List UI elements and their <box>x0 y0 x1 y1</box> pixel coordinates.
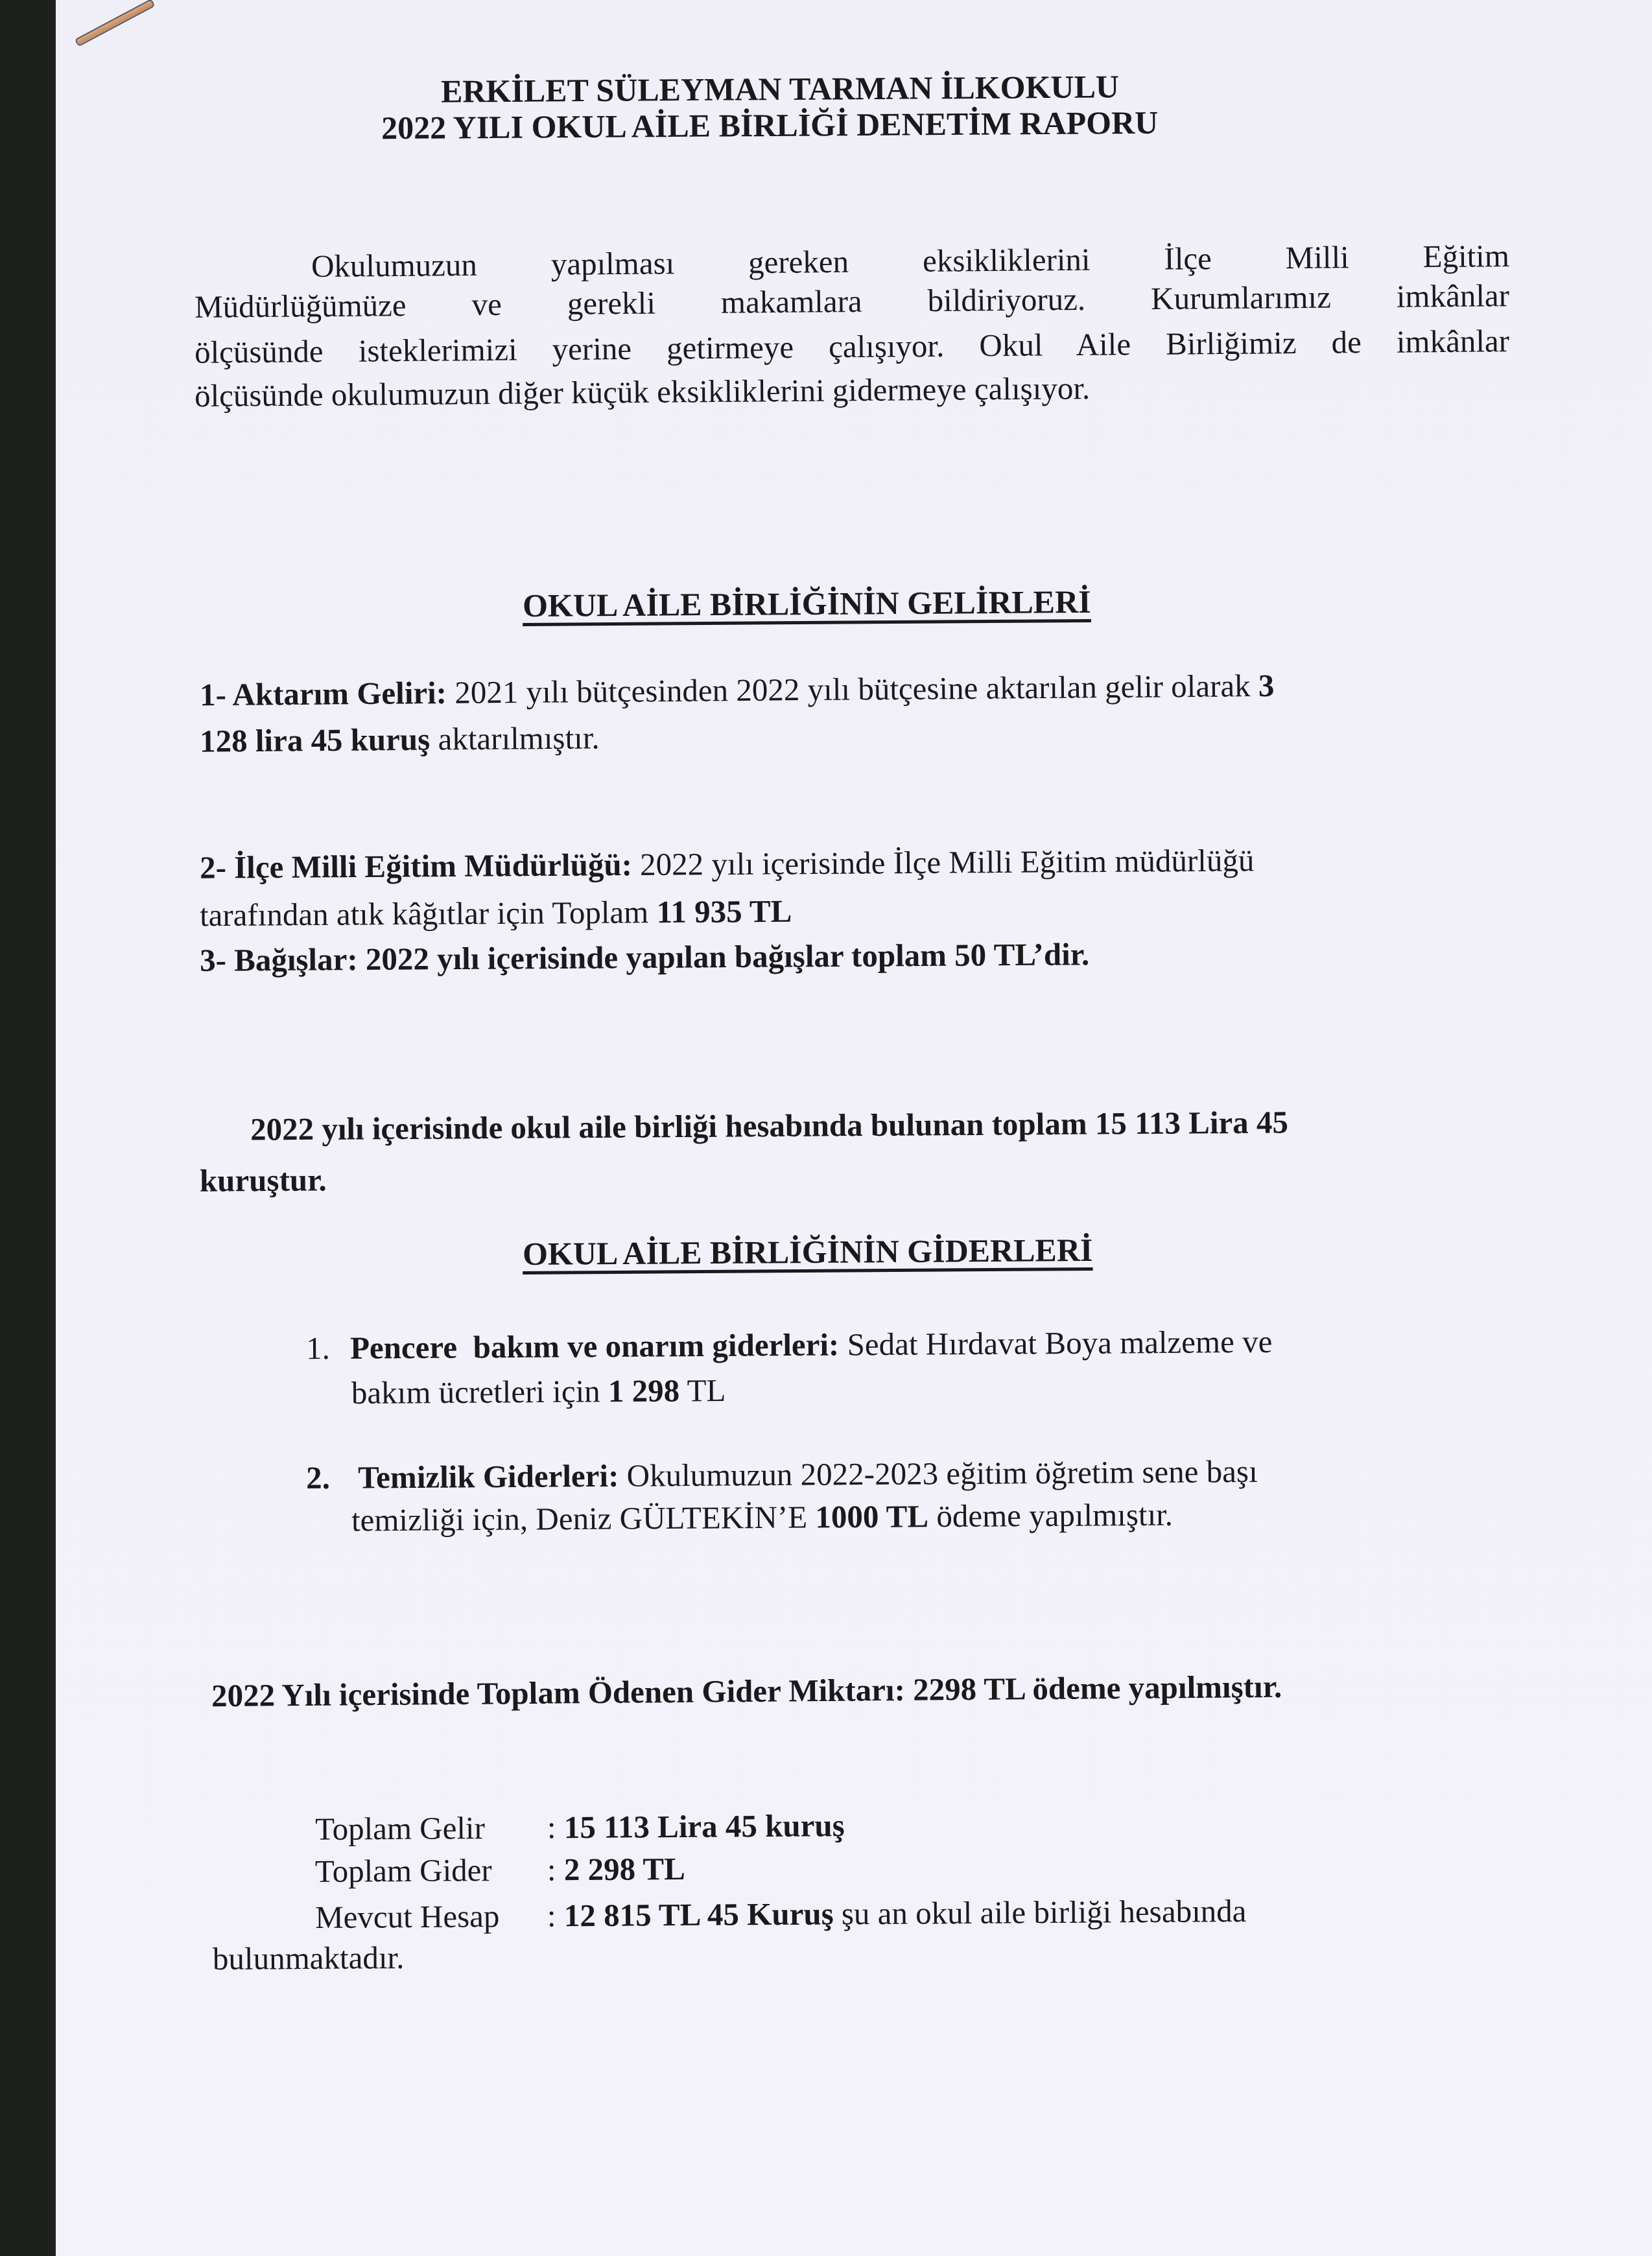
income-item-aktarim: 1- Aktarım Geliri: 2021 yılı bütçesinden… <box>200 670 1275 711</box>
summary-balance: Mevcut Hesap: 12 815 TL 45 Kuruş şu an o… <box>315 1895 1247 1933</box>
expense-item-temizlik-text: Okulumuzun 2022-2023 eğitim öğretim sene… <box>619 1453 1258 1494</box>
expense-item-pencere-label: Pencere bakım ve onarım giderleri: <box>350 1326 840 1365</box>
income-item-aktarim-label: 1- Aktarım Geliri: <box>200 675 447 712</box>
summary-expense-value: 2 298 TL <box>564 1851 685 1887</box>
income-heading: OKUL AİLE BİRLİĞİNİN GELİRLERİ <box>523 585 1091 622</box>
income-item-aktarim-line2: 128 lira 45 kuruş aktarılmıştır. <box>200 722 600 757</box>
expense-item-pencere-line2: bakım ücretleri için 1 298 TL <box>351 1374 726 1409</box>
income-item-meb-text: 2022 yılı içerisinde İlçe Milli Eğitim m… <box>632 842 1255 882</box>
income-item-aktarim-amount: 128 lira 45 kuruş <box>200 722 431 759</box>
summary-expense-sep: : <box>547 1851 556 1887</box>
summary-balance-sep: : <box>547 1898 556 1933</box>
income-item-meb-line2-text: tarafından atık kâğıtlar için Toplam <box>200 894 657 933</box>
expense-item-temizlik-tail: ödeme yapılmıştır. <box>928 1497 1173 1534</box>
summary-balance-value: 12 815 TL 45 Kuruş <box>564 1896 834 1933</box>
expense-item-temizlik-line2: temizliği için, Deniz GÜLTEKİN’E 1000 TL… <box>351 1499 1173 1536</box>
document-title-school: ERKİLET SÜLEYMAN TARMAN İLKOKULU <box>441 70 1119 107</box>
expense-item-pencere: 1.Pencere bakım ve onarım giderleri: Sed… <box>306 1326 1273 1364</box>
summary-income: Toplam Gelir: 15 113 Lira 45 kuruş <box>315 1809 845 1845</box>
expenses-heading: OKUL AİLE BİRLİĞİNİN GİDERLERİ <box>523 1234 1093 1270</box>
summary-balance-label: Mevcut Hesap <box>315 1900 547 1933</box>
income-total-line-2: kuruştur. <box>200 1164 327 1196</box>
summary-balance-line2: bulunmaktadır. <box>213 1942 405 1975</box>
summary-income-value: 15 113 Lira 45 kuruş <box>564 1807 845 1845</box>
expense-item-pencere-unit: TL <box>679 1372 726 1408</box>
expense-item-temizlik: 2.Temizlik Giderleri: Okulumuzun 2022-20… <box>306 1455 1258 1494</box>
expense-item-temizlik-label: Temizlik Giderleri: <box>358 1458 619 1496</box>
expense-item-pencere-number: 1. <box>306 1332 350 1364</box>
income-item-aktarim-amount-start: 3 <box>1258 668 1275 703</box>
income-total-line-1: 2022 yılı içerisinde okul aile birliği h… <box>250 1106 1288 1145</box>
summary-expense: Toplam Gider: 2 298 TL <box>315 1853 685 1887</box>
income-item-aktarim-text: 2021 yılı bütçesinden 2022 yılı bütçesin… <box>447 668 1258 711</box>
income-item-meb-label: 2- İlçe Milli Eğitim Müdürlüğü: <box>200 847 632 886</box>
expense-item-temizlik-number: 2. <box>306 1462 358 1494</box>
expense-item-temizlik-amount: 1000 TL <box>815 1498 928 1534</box>
expense-item-pencere-amount: 1 298 <box>608 1372 680 1409</box>
income-item-meb-line2: tarafından atık kâğıtlar için Toplam 11 … <box>200 895 792 931</box>
income-item-aktarim-tail: aktarılmıştır. <box>430 720 600 757</box>
expenses-total: 2022 Yılı içerisinde Toplam Ödenen Gider… <box>211 1671 1282 1711</box>
summary-income-label: Toplam Gelir <box>315 1811 547 1844</box>
summary-balance-tail: şu an okul aile birliği hesabında <box>833 1893 1246 1931</box>
document-title-report: 2022 YILI OKUL AİLE BİRLİĞİ DENETİM RAPO… <box>381 106 1159 144</box>
expense-item-temizlik-line2-text: temizliği için, Deniz GÜLTEKİN’E <box>351 1499 816 1538</box>
income-item-meb-amount: 11 935 TL <box>656 893 792 930</box>
summary-expense-label: Toplam Gider <box>315 1853 547 1886</box>
intro-line-4: ölçüsünde okulumuzun diğer küçük eksikli… <box>195 372 1091 412</box>
scanner-edge <box>0 0 56 2256</box>
income-item-meb: 2- İlçe Milli Eğitim Müdürlüğü: 2022 yıl… <box>200 844 1255 883</box>
summary-income-sep: : <box>547 1809 556 1845</box>
expense-item-pencere-line2-text: bakım ücretleri için <box>351 1373 608 1411</box>
expense-item-pencere-text: Sedat Hırdavat Boya malzeme ve <box>839 1324 1272 1363</box>
income-item-bagislar: 3- Bağışlar: 2022 yılı içerisinde yapıla… <box>200 938 1089 976</box>
